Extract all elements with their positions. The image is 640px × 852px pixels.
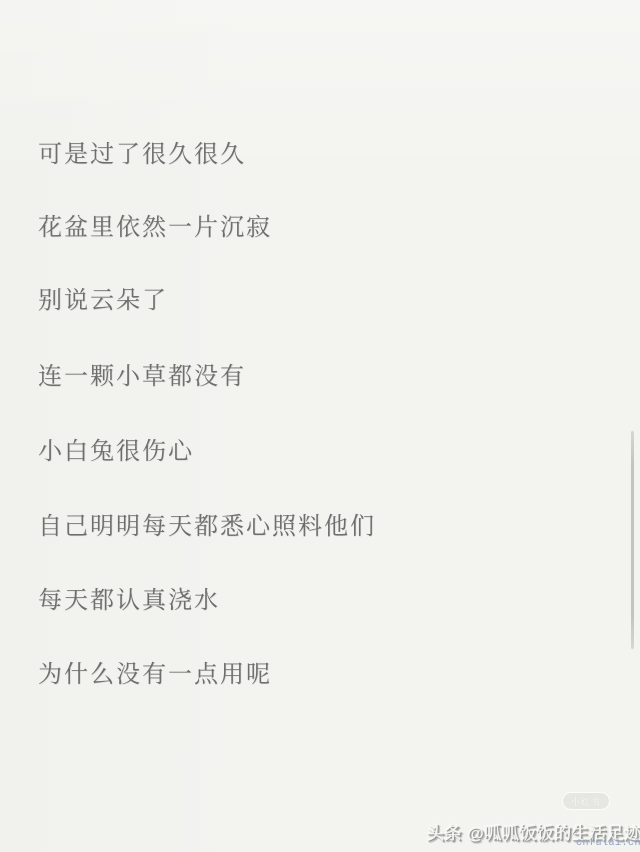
xiaohongshu-badge-label: 小红书 xyxy=(571,795,601,808)
poem-line: 连一颗小草都没有 xyxy=(38,362,246,392)
poem-line: 为什么没有一点用呢 xyxy=(38,660,272,690)
scrollbar-thumb[interactable] xyxy=(631,431,634,649)
site-url-watermark: cnfulai.cn xyxy=(576,838,640,849)
poem-line: 别说云朵了 xyxy=(38,286,168,316)
poem-line: 自己明明每天都悉心照料他们 xyxy=(38,512,376,542)
xiaohongshu-watermark-badge: 小红书 xyxy=(562,792,610,810)
poem-line: 花盆里依然一片沉寂 xyxy=(38,213,272,243)
poem-line: 每天都认真浇水 xyxy=(38,586,220,616)
poem-line: 小白兔很伤心 xyxy=(38,437,194,467)
paper-background xyxy=(0,0,640,852)
poem-line: 可是过了很久很久 xyxy=(38,140,246,170)
